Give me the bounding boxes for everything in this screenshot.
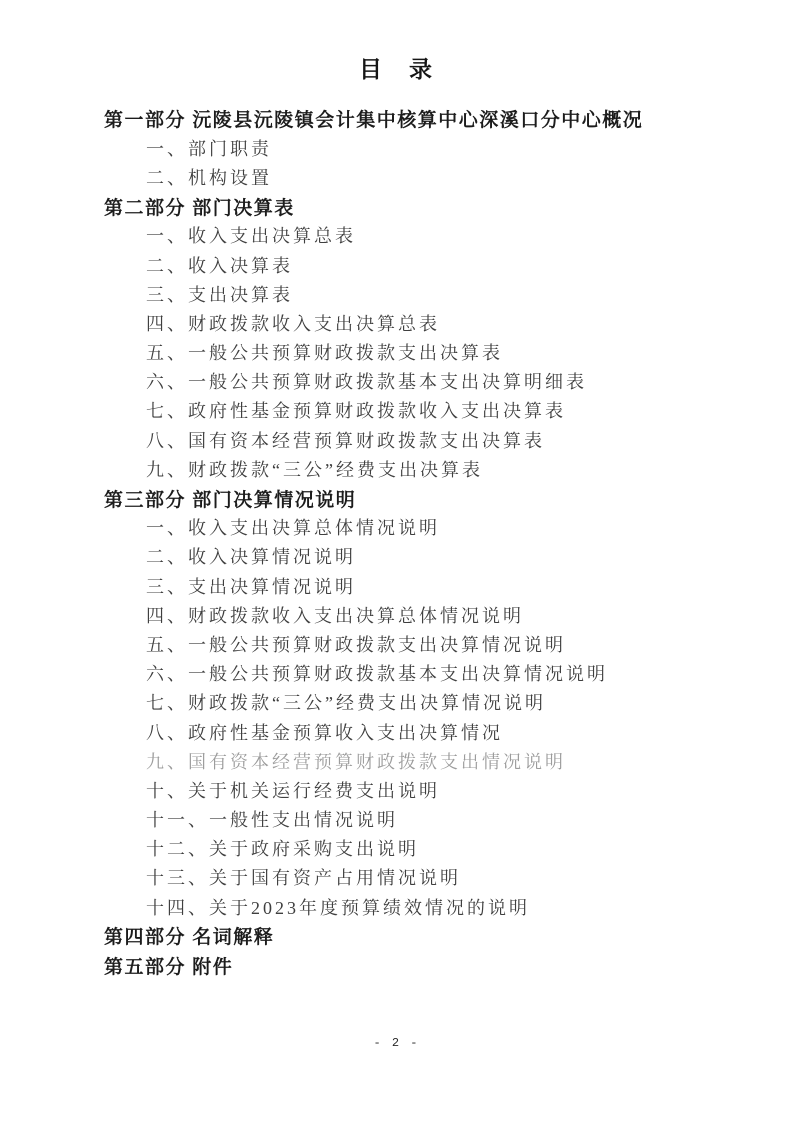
section-5-heading: 第五部分 附件: [0, 950, 793, 979]
toc-item: 二、收入决算表: [0, 250, 793, 279]
toc-item: 十、关于机关运行经费支出说明: [0, 775, 793, 804]
toc-item: 七、财政拨款“三公”经费支出决算情况说明: [0, 688, 793, 717]
toc-item: 五、一般公共预算财政拨款支出决算表: [0, 338, 793, 367]
toc-item: 七、政府性基金预算财政拨款收入支出决算表: [0, 396, 793, 425]
toc-item: 八、国有资本经营预算财政拨款支出决算表: [0, 425, 793, 454]
document-page: 目 录 第一部分 沅陵县沅陵镇会计集中核算中心深溪口分中心概况 一、部门职责 二…: [0, 0, 793, 1122]
toc-item: 一、收入支出决算总体情况说明: [0, 513, 793, 542]
toc-item: 九、财政拨款“三公”经费支出决算表: [0, 454, 793, 483]
toc-item: 一、收入支出决算总表: [0, 221, 793, 250]
section-4-heading: 第四部分 名词解释: [0, 921, 793, 950]
toc-item: 二、机构设置: [0, 162, 793, 191]
toc-item: 三、支出决算情况说明: [0, 571, 793, 600]
section-1-heading: 第一部分 沅陵县沅陵镇会计集中核算中心深溪口分中心概况: [0, 104, 793, 133]
section-3-heading: 第三部分 部门决算情况说明: [0, 483, 793, 512]
page-title: 目 录: [0, 0, 793, 83]
toc-item: 十一、一般性支出情况说明: [0, 805, 793, 834]
toc-item: 五、一般公共预算财政拨款支出决算情况说明: [0, 629, 793, 658]
toc-item: 六、一般公共预算财政拨款基本支出决算明细表: [0, 367, 793, 396]
toc-item: 十三、关于国有资产占用情况说明: [0, 863, 793, 892]
toc-item: 二、收入决算情况说明: [0, 542, 793, 571]
toc-item: 一、部门职责: [0, 133, 793, 162]
toc-item: 三、支出决算表: [0, 279, 793, 308]
toc-item: 四、财政拨款收入支出决算总体情况说明: [0, 600, 793, 629]
toc-item: 六、一般公共预算财政拨款基本支出决算情况说明: [0, 659, 793, 688]
page-number: - 2 -: [0, 1036, 793, 1050]
section-2-heading: 第二部分 部门决算表: [0, 192, 793, 221]
table-of-contents: 第一部分 沅陵县沅陵镇会计集中核算中心深溪口分中心概况 一、部门职责 二、机构设…: [0, 104, 793, 980]
toc-item: 八、政府性基金预算收入支出决算情况: [0, 717, 793, 746]
toc-item-muted: 九、国有资本经营预算财政拨款支出情况说明: [0, 746, 793, 775]
toc-item: 十四、关于2023年度预算绩效情况的说明: [0, 892, 793, 921]
toc-item: 四、财政拨款收入支出决算总表: [0, 308, 793, 337]
toc-item: 十二、关于政府采购支出说明: [0, 834, 793, 863]
